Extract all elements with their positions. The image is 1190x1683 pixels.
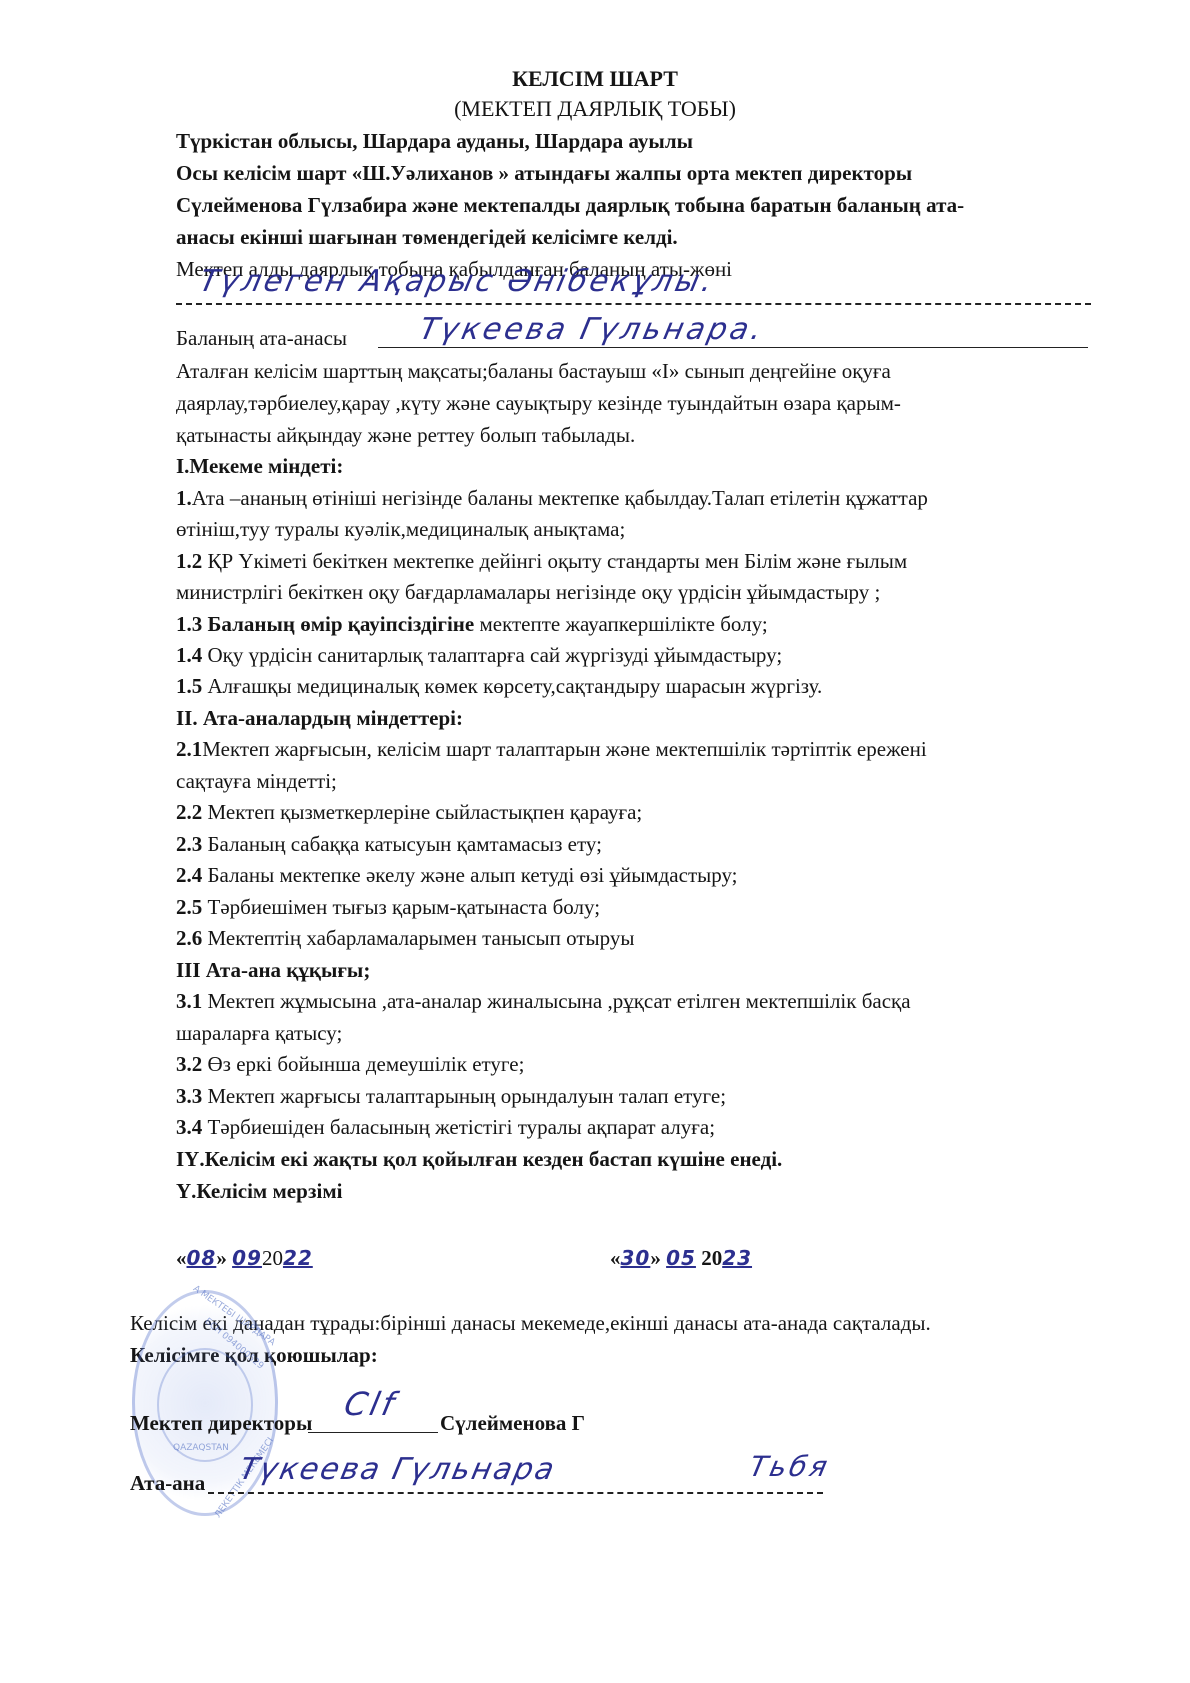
section-1-item: 1.5 Алғашқы медициналық көмек көрсету,са… (176, 673, 822, 699)
parent-sign-line (208, 1492, 823, 1494)
section-1-item: 1.3 Баланың өмір қауіпсіздігіне мектепте… (176, 611, 768, 637)
director-signature[interactable]: Clf (341, 1385, 401, 1423)
section-5: Ү.Келісім мерзімі (176, 1178, 342, 1204)
start-year[interactable]: 22 (283, 1246, 313, 1270)
location: Түркістан облысы, Шардара ауданы, Шардар… (176, 128, 693, 154)
section-2-item: 2.4 Баланы мектепке әкелу және алып кету… (176, 862, 738, 888)
section-2-item: 2.5 Тәрбиешімен тығыз қарым-қатынаста бо… (176, 894, 600, 920)
director-label: Мектеп директоры (130, 1410, 312, 1436)
director-name: Сүлейменова Г (440, 1410, 585, 1436)
child-field-line (176, 303, 1091, 305)
section-2-item: 2.1Мектеп жарғысын, келісім шарт талапта… (176, 736, 927, 762)
parent-sign-label: Ата-ана (130, 1470, 205, 1496)
section-2-item: сақтауға міндетті; (176, 768, 337, 794)
end-year[interactable]: 23 (722, 1246, 752, 1270)
section-4: ІҮ.Келісім екі жақты қол қойылған кезден… (176, 1146, 782, 1172)
start-date: «08» 092022 (176, 1245, 313, 1271)
section-3-heading: ІІІ Ата-ана құқығы; (176, 957, 370, 983)
stamp-text-center: QAZAQSTAN (173, 1443, 229, 1453)
contract-page: КЕЛСІМ ШАРТ (МЕКТЕП ДАЯРЛЫҚ ТОБЫ) Түркіс… (0, 0, 1190, 1683)
section-1-item: 1.Ата –ананың өтініші негізінде баланы м… (176, 485, 928, 511)
section-3-item: шараларға қатысу; (176, 1020, 342, 1046)
intro-line-2: Сүлейменова Гүлзабира және мектепалды да… (176, 192, 964, 218)
start-day[interactable]: 08 (187, 1246, 217, 1270)
purpose-line-1: Аталған келісім шарттың мақсаты;баланы б… (176, 358, 891, 384)
start-month[interactable]: 09 (232, 1246, 262, 1270)
parent-handwritten-name[interactable]: Түкеева Гүльнара (236, 1452, 559, 1487)
parent-field-line (378, 347, 1088, 348)
section-2-item: 2.6 Мектептің хабарламаларымен танысып о… (176, 925, 634, 951)
purpose-line-2: даярлау,тәрбиелеу,қарау ,күту және сауық… (176, 390, 901, 416)
document-title: КЕЛСІМ ШАРТ (0, 66, 1190, 92)
section-3-item: 3.3 Мектеп жарғысы талаптарының орындалу… (176, 1083, 726, 1109)
section-2-heading: ІІ. Ата-аналардың міндеттері: (176, 705, 463, 731)
section-1-item: 1.2 ҚР Үкіметі бекіткен мектепке дейінгі… (176, 548, 907, 574)
parent-field-label: Баланың ата-анасы (176, 325, 347, 351)
section-1-heading: І.Мекеме міндеті: (176, 453, 343, 479)
end-date: «30» 05 2023 (610, 1245, 752, 1271)
document-subtitle: (МЕКТЕП ДАЯРЛЫҚ ТОБЫ) (0, 96, 1190, 122)
child-field-value[interactable]: Түлеген Ақарыс Әнібекұлы. (196, 264, 718, 299)
end-day[interactable]: 30 (621, 1246, 651, 1270)
end-month[interactable]: 05 (666, 1246, 696, 1270)
purpose-line-3: қатынасты айқындау және реттеу болып таб… (176, 422, 635, 448)
section-1-item: министрлігі бекіткен оқу бағдарламалары … (176, 579, 880, 605)
director-signature-line (308, 1432, 438, 1433)
section-2-item: 2.3 Баланың сабаққа катысуын қамтамасыз … (176, 831, 602, 857)
section-2-item: 2.2 Мектеп қызметкерлеріне сыйластықпен … (176, 799, 642, 825)
parent-signature[interactable]: Тьбя (746, 1450, 833, 1483)
section-3-item: 3.4 Тәрбиешіден баласының жетістігі тура… (176, 1114, 715, 1140)
section-3-item: 3.1 Мектеп жұмысына ,ата-аналар жиналысы… (176, 988, 911, 1014)
intro-line-1: Осы келісім шарт «Ш.Уәлиханов » атындағы… (176, 160, 912, 186)
section-3-item: 3.2 Өз еркі бойынша демеушілік етуге; (176, 1051, 524, 1077)
intro-line-3: анасы екінші шағынан төмендегідей келісі… (176, 224, 678, 250)
section-1-item: 1.4 Оқу үрдісін санитарлық талаптарға са… (176, 642, 782, 668)
section-1-item: өтініш,туу туралы куәлік,медициналық аны… (176, 516, 625, 542)
parent-field-value[interactable]: Түкеева Гүльнара. (416, 312, 767, 347)
